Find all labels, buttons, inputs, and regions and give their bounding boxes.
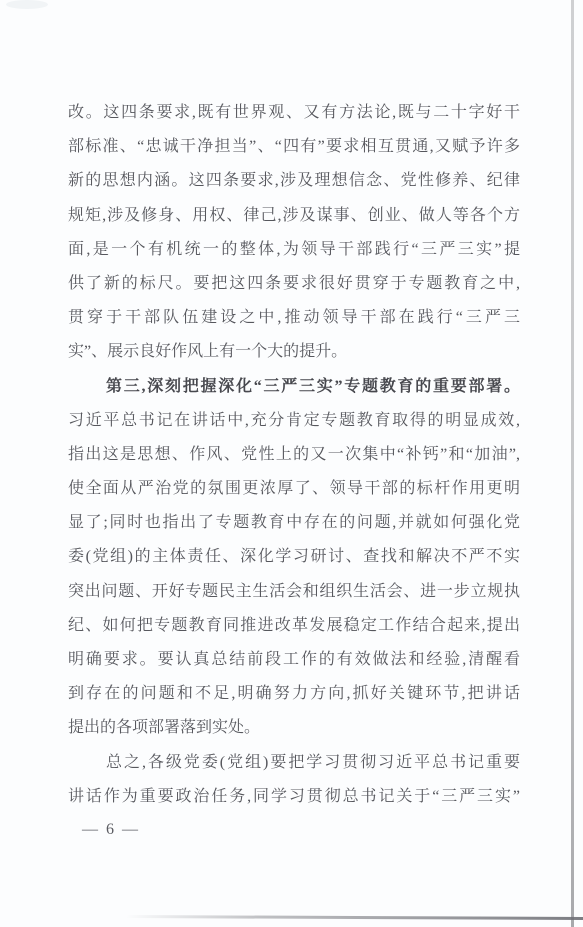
text-line: 规矩,涉及修身、用权、律己,涉及谋事、创业、做人等各个方: [68, 199, 520, 233]
text-line-paragraph-end: 提出的各项部署落到实处。: [68, 711, 520, 745]
text-line-paragraph-start: 总之,各级党委(党组)要把学习贯彻习近平总书记重要: [68, 746, 520, 780]
text-line: 显了;同时也指出了专题教育中存在的问题,并就如何强化党: [68, 506, 520, 540]
text-line: 指出这是思想、作风、党性上的又一次集中“补钙”和“加油”,: [68, 438, 520, 472]
scanned-document-page: 改。这四条要求,既有世界观、又有方法论,既与二十字好干 部标准、“忠诚干净担当”…: [0, 0, 583, 927]
section-heading: 第三,深刻把握深化“三严三实”专题教育的重要部署。: [68, 370, 520, 404]
scan-edge-line-right: [571, 0, 574, 927]
text-line: 面,是一个有机统一的整体,为领导干部践行“三严三实”提: [68, 233, 520, 267]
text-line: 改。这四条要求,既有世界观、又有方法论,既与二十字好干: [68, 96, 520, 130]
text-line: 委(党组)的主体责任、深化学习研讨、查找和解决不严不实: [68, 540, 520, 574]
text-line: 到存在的问题和不足,明确努力方向,抓好关键环节,把讲话: [68, 677, 520, 711]
document-body: 改。这四条要求,既有世界观、又有方法论,既与二十字好干 部标准、“忠诚干净担当”…: [68, 96, 520, 814]
text-line-paragraph-end: 实”、展示良好作风上有一个大的提升。: [68, 335, 520, 369]
text-line: 部标准、“忠诚干净担当”、“四有”要求相互贯通,又赋予许多: [68, 130, 520, 164]
text-line: 贯穿于干部队伍建设之中,推动领导干部在践行“三严三: [68, 301, 520, 335]
text-line: 纪、如何把专题教育同推进改革发展稳定工作结合起来,提出: [68, 609, 520, 643]
text-line: 习近平总书记在讲话中,充分肯定专题教育取得的明显成效,: [68, 404, 520, 438]
text-line: 新的思想内涵。这四条要求,涉及理想信念、党性修养、纪律: [68, 164, 520, 198]
text-line: 明确要求。要认真总结前段工作的有效做法和经验,清醒看: [68, 643, 520, 677]
scan-edge-line-bottom: [126, 915, 583, 920]
text-line: 使全面从严治党的氛围更浓厚了、领导干部的标杆作用更明: [68, 472, 520, 506]
text-line: 供了新的标尺。要把这四条要求很好贯穿于专题教育之中,: [68, 267, 520, 301]
text-line: 讲话作为重要政治任务,同学习贯彻总书记关于“三严三实”: [68, 780, 520, 814]
text-line: 突出问题、开好专题民主生活会和组织生活会、进一步立规执: [68, 575, 520, 609]
page-number: — 6 —: [82, 819, 140, 841]
scan-smudge: [6, 0, 48, 9]
